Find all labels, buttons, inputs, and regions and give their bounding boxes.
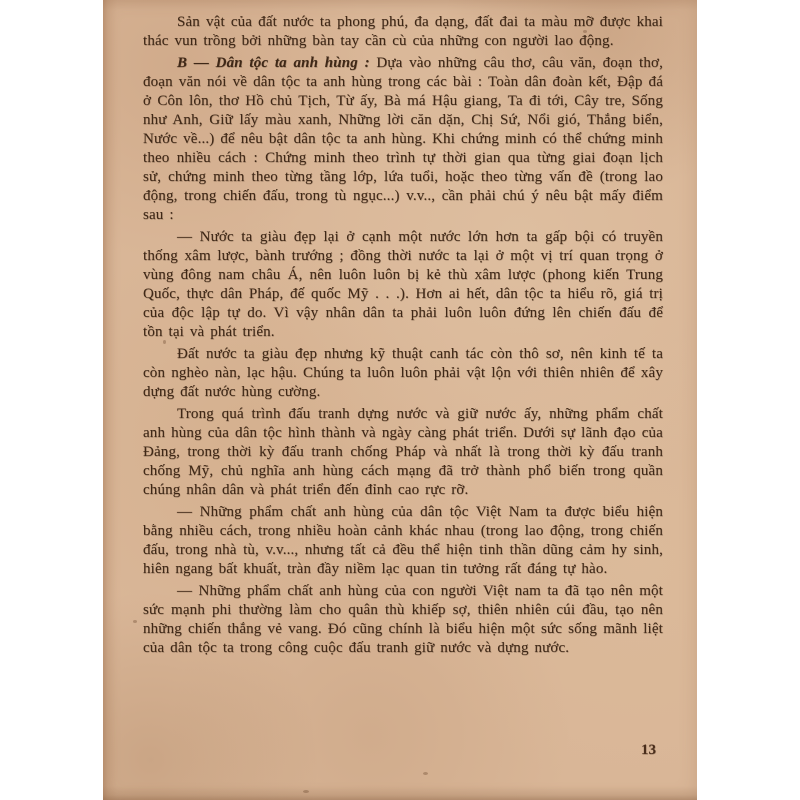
paragraph: Trong quá trình đấu tranh dựng nước và g… (143, 405, 663, 500)
paragraph: — Những phẩm chất anh hùng của con người… (143, 582, 663, 658)
paragraph: Đất nước ta giàu đẹp nhưng kỹ thuật canh… (143, 345, 663, 402)
paper-speck (163, 340, 166, 344)
paper-speck (423, 772, 428, 775)
page-text: Sản vật của đất nước ta phong phú, đa dạ… (143, 13, 663, 661)
paper-speck (643, 430, 646, 433)
paragraph: B — Dân tộc ta anh hùng : Dựa vào những … (143, 54, 663, 225)
paragraph: — Nước ta giàu đẹp lại ở cạnh một nước l… (143, 228, 663, 342)
scan-canvas: Sản vật của đất nước ta phong phú, đa dạ… (0, 0, 800, 800)
scanned-page: Sản vật của đất nước ta phong phú, đa dạ… (103, 0, 697, 800)
paragraph-lead: B — Dân tộc ta anh hùng : (177, 55, 370, 71)
paragraph: — Những phẩm chất anh hùng của dân tộc V… (143, 503, 663, 579)
page-number: 13 (641, 742, 656, 759)
paper-speck (133, 620, 137, 623)
paper-speck (583, 30, 587, 33)
paper-speck (303, 790, 309, 793)
